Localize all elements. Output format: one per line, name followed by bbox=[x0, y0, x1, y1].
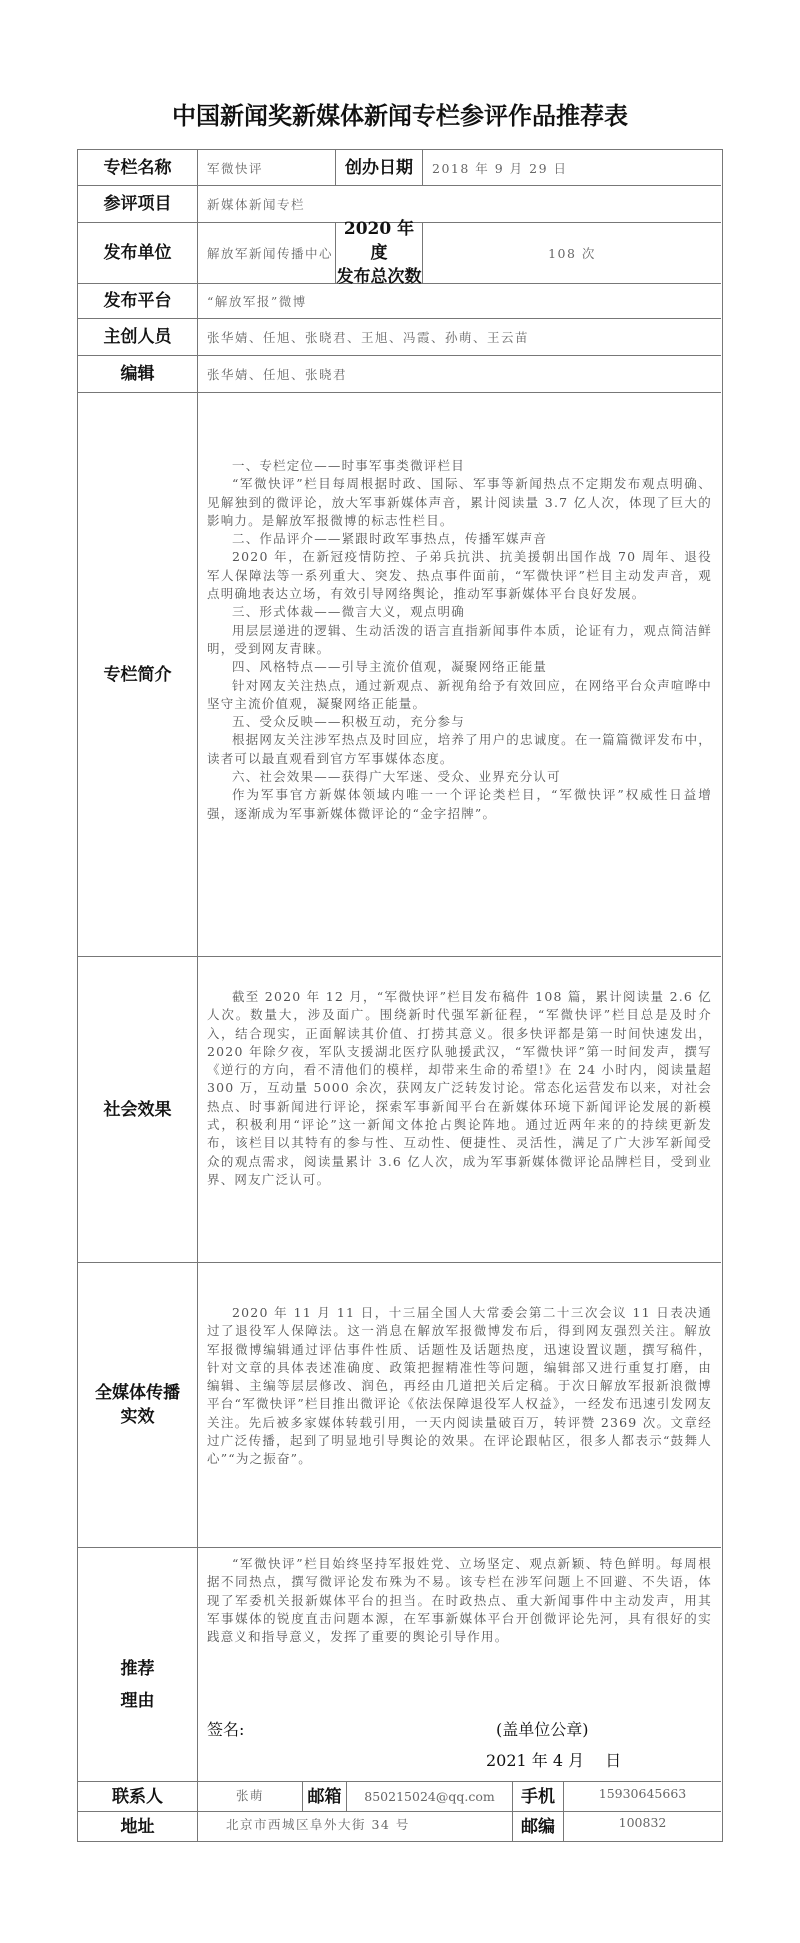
address-label: 地址 bbox=[78, 1812, 198, 1841]
creators-label: 主创人员 bbox=[78, 319, 198, 356]
recommendation-label-line1: 推荐 bbox=[121, 1657, 155, 1681]
phone-label: 手机 bbox=[513, 1782, 564, 1812]
category-value: 新媒体新闻专栏 bbox=[198, 186, 721, 223]
email-value: 850215024@qq.com bbox=[347, 1782, 513, 1812]
postcode-value: 100832 bbox=[564, 1812, 721, 1841]
column-name-label: 专栏名称 bbox=[78, 150, 198, 186]
publisher-label: 发布单位 bbox=[78, 223, 198, 284]
intro-paragraph-2: 2020 年，在新冠疫情防控、子弟兵抗洪、抗美援朝出国作战 70 周年、退役军人… bbox=[207, 548, 712, 603]
postcode-label: 邮编 bbox=[513, 1812, 564, 1841]
recommendation-label: 推荐 理由 bbox=[78, 1548, 198, 1782]
all-media-label-line2: 实效 bbox=[121, 1405, 155, 1429]
publisher-value: 解放军新闻传播中心 bbox=[198, 223, 336, 284]
platform-value: “解放军报”微博 bbox=[198, 284, 721, 319]
all-media-label: 全媒体传播 实效 bbox=[78, 1263, 198, 1548]
intro-heading-1: 一、专栏定位——时事军事类微评栏目 bbox=[207, 457, 712, 475]
intro-label: 专栏简介 bbox=[78, 393, 198, 957]
editors-label: 编辑 bbox=[78, 356, 198, 393]
all-media-label-line1: 全媒体传播 bbox=[95, 1381, 180, 1405]
social-effect-paragraph: 截至 2020 年 12 月，“军微快评”栏目发布稿件 108 篇，累计阅读量 … bbox=[207, 988, 712, 1189]
social-effect-label: 社会效果 bbox=[78, 957, 198, 1263]
intro-paragraph-5: 根据网友关注涉军热点及时回应，培养了用户的忠诚度。在一篇篇微评发布中，读者可以最… bbox=[207, 731, 712, 768]
intro-heading-2: 二、作品评介——紧跟时政军事热点，传播军媒声音 bbox=[207, 530, 712, 548]
recommendation-paragraph: “军微快评”栏目始终坚持军报姓党、立场坚定、观点新颖、特色鲜明。每周根据不同热点… bbox=[207, 1555, 712, 1646]
seal-label: (盖单位公章) bbox=[496, 1717, 589, 1740]
address-value: 北京市西城区阜外大街 34 号 bbox=[198, 1812, 513, 1841]
annual-count-label-line1: 2020 年度 bbox=[336, 217, 422, 265]
category-label: 参评项目 bbox=[78, 186, 198, 223]
intro-heading-4: 四、风格特点——引导主流价值观，凝聚网络正能量 bbox=[207, 658, 712, 676]
recommendation-text: “军微快评”栏目始终坚持军报姓党、立场坚定、观点新颖、特色鲜明。每周根据不同热点… bbox=[198, 1555, 721, 1646]
signature-label: 签名: bbox=[207, 1717, 244, 1740]
recommendation-label-line2: 理由 bbox=[121, 1689, 155, 1713]
intro-paragraph-6: 作为军事官方新媒体领域内唯一一个评论类栏目，“军微快评”权威性日益增强，逐渐成为… bbox=[207, 786, 712, 823]
intro-paragraph-1: “军微快评”栏目每周根据时政、国际、军事等新闻热点不定期发布观点明确、见解独到的… bbox=[207, 475, 712, 530]
phone-value: 15930645663 bbox=[564, 1782, 721, 1812]
intro-heading-5: 五、受众反映——积极互动，充分参与 bbox=[207, 713, 712, 731]
intro-heading-3: 三、形式体裁——微言大义，观点明确 bbox=[207, 603, 712, 621]
founded-date-value: 2018 年 9 月 29 日 bbox=[423, 150, 721, 186]
social-effect-text: 截至 2020 年 12 月，“军微快评”栏目发布稿件 108 篇，累计阅读量 … bbox=[198, 988, 721, 1189]
email-label: 邮箱 bbox=[303, 1782, 347, 1812]
editors-value: 张华婧、任旭、张晓君 bbox=[198, 356, 721, 393]
all-media-text: 2020 年 11 月 11 日，十三届全国人大常委会第二十三次会议 11 日表… bbox=[198, 1304, 721, 1469]
column-name-value: 军微快评 bbox=[198, 150, 336, 186]
creators-value: 张华婧、任旭、张晓君、王旭、冯霞、孙萌、王云苗 bbox=[198, 319, 721, 356]
recommendation-form-table: 专栏名称 军微快评 创办日期 2018 年 9 月 29 日 参评项目 新媒体新… bbox=[77, 149, 723, 1842]
form-title: 中国新闻奖新媒体新闻专栏参评作品推荐表 bbox=[0, 96, 800, 131]
contact-label: 联系人 bbox=[78, 1782, 198, 1812]
annual-count-value: 108 次 bbox=[423, 223, 721, 284]
intro-text: 一、专栏定位——时事军事类微评栏目 “军微快评”栏目每周根据时政、国际、军事等新… bbox=[198, 457, 721, 823]
intro-heading-6: 六、社会效果——获得广大军迷、受众、业界充分认可 bbox=[207, 768, 712, 786]
intro-paragraph-3: 用层层递进的逻辑、生动活泼的语言直指新闻事件本质，论证有力，观点简洁鲜明，受到网… bbox=[207, 622, 712, 659]
signature-date: 2021 年 4 月 日 bbox=[486, 1748, 621, 1771]
founded-date-label: 创办日期 bbox=[336, 150, 423, 186]
all-media-paragraph: 2020 年 11 月 11 日，十三届全国人大常委会第二十三次会议 11 日表… bbox=[207, 1304, 712, 1469]
contact-name: 张萌 bbox=[198, 1782, 303, 1812]
annual-count-label: 2020 年度 发布总次数 bbox=[336, 223, 423, 284]
intro-paragraph-4: 针对网友关注热点，通过新观点、新视角给予有效回应，在网络平台众声喧哗中坚守主流价… bbox=[207, 677, 712, 714]
platform-label: 发布平台 bbox=[78, 284, 198, 319]
